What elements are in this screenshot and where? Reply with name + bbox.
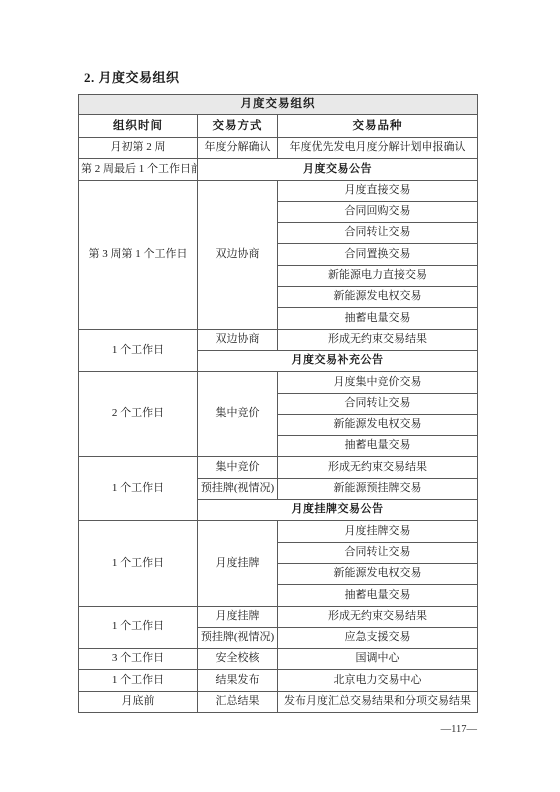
table-cell: 发布月度汇总交易结果和分项交易结果 xyxy=(278,691,478,712)
table-cell: 月度挂牌交易公告 xyxy=(198,500,478,521)
table-cell: 合同置换交易 xyxy=(278,244,478,265)
table-cell: 新能源发电权交易 xyxy=(278,287,478,308)
table-cell: 形成无约束交易结果 xyxy=(278,606,478,627)
table-cell: 合同转让交易 xyxy=(278,393,478,414)
table-cell: 新能源电力直接交易 xyxy=(278,265,478,286)
table-cell: 形成无约束交易结果 xyxy=(278,329,478,350)
table-cell: 月度交易公告 xyxy=(198,159,478,180)
table-cell: 抽蓄电量交易 xyxy=(278,308,478,329)
column-header: 组织时间 xyxy=(79,115,198,138)
table-cell: 汇总结果 xyxy=(198,691,278,712)
table-cell: 1 个工作日 xyxy=(79,329,198,372)
table-cell: 合同转让交易 xyxy=(278,223,478,244)
table-cell: 应急支援交易 xyxy=(278,627,478,648)
table-row: 月初第 2 周年度分解确认年度优先发电月度分解计划申报确认 xyxy=(79,138,478,159)
monthly-trading-table: 月度交易组织组织时间交易方式交易品种月初第 2 周年度分解确认年度优先发电月度分… xyxy=(78,94,478,713)
column-header: 交易品种 xyxy=(278,115,478,138)
table-title-row: 月度交易组织 xyxy=(79,95,478,115)
table-cell: 合同回购交易 xyxy=(278,201,478,222)
table-cell: 抽蓄电量交易 xyxy=(278,585,478,606)
table-cell: 新能源发电权交易 xyxy=(278,563,478,584)
table-cell: 集中竞价 xyxy=(198,457,278,478)
table-cell: 预挂牌(视情况) xyxy=(198,627,278,648)
document-page: 2. 月度交易组织 月度交易组织组织时间交易方式交易品种月初第 2 周年度分解确… xyxy=(0,0,560,792)
table-cell: 3 个工作日 xyxy=(79,649,198,670)
table-header-row: 组织时间交易方式交易品种 xyxy=(79,115,478,138)
table-row: 第 3 周第 1 个工作日双边协商月度直接交易 xyxy=(79,180,478,201)
table-row: 3 个工作日安全校核国调中心 xyxy=(79,649,478,670)
section-heading: 2. 月度交易组织 xyxy=(84,67,180,86)
table-cell: 2 个工作日 xyxy=(79,372,198,457)
table-cell: 双边协商 xyxy=(198,329,278,350)
table-cell: 合同转让交易 xyxy=(278,542,478,563)
table-title: 月度交易组织 xyxy=(79,95,478,115)
table-cell: 双边协商 xyxy=(198,180,278,329)
table-body: 月度交易组织组织时间交易方式交易品种月初第 2 周年度分解确认年度优先发电月度分… xyxy=(79,95,478,713)
table-row: 1 个工作日月度挂牌月度挂牌交易 xyxy=(79,521,478,542)
table-cell: 第 2 周最后 1 个工作日前 xyxy=(79,159,198,180)
table-row: 2 个工作日集中竞价月度集中竞价交易 xyxy=(79,372,478,393)
table-row: 1 个工作日双边协商形成无约束交易结果 xyxy=(79,329,478,350)
table-row: 1 个工作日集中竞价形成无约束交易结果 xyxy=(79,457,478,478)
table-cell: 集中竞价 xyxy=(198,372,278,457)
table-cell: 月度交易补充公告 xyxy=(198,350,478,371)
table-cell: 1 个工作日 xyxy=(79,457,198,521)
table-cell: 月底前 xyxy=(79,691,198,712)
table-cell: 月度挂牌 xyxy=(198,606,278,627)
table-row: 第 2 周最后 1 个工作日前月度交易公告 xyxy=(79,159,478,180)
table-cell: 结果发布 xyxy=(198,670,278,691)
table-cell: 北京电力交易中心 xyxy=(278,670,478,691)
table-cell: 月度挂牌 xyxy=(198,521,278,606)
table-cell: 1 个工作日 xyxy=(79,606,198,649)
table-cell: 安全校核 xyxy=(198,649,278,670)
table-cell: 1 个工作日 xyxy=(79,521,198,606)
table-cell: 月初第 2 周 xyxy=(79,138,198,159)
table-row: 1 个工作日月度挂牌形成无约束交易结果 xyxy=(79,606,478,627)
table-cell: 年度分解确认 xyxy=(198,138,278,159)
table-cell: 月度集中竞价交易 xyxy=(278,372,478,393)
table-cell: 1 个工作日 xyxy=(79,670,198,691)
table-cell: 新能源发电权交易 xyxy=(278,414,478,435)
page-number: —117— xyxy=(0,724,477,735)
table-cell: 新能源预挂牌交易 xyxy=(278,478,478,499)
table-row: 1 个工作日结果发布北京电力交易中心 xyxy=(79,670,478,691)
table-cell: 抽蓄电量交易 xyxy=(278,436,478,457)
table-cell: 月度直接交易 xyxy=(278,180,478,201)
table-cell: 形成无约束交易结果 xyxy=(278,457,478,478)
table-cell: 国调中心 xyxy=(278,649,478,670)
table-cell: 第 3 周第 1 个工作日 xyxy=(79,180,198,329)
table-cell: 月度挂牌交易 xyxy=(278,521,478,542)
table-row: 月底前汇总结果发布月度汇总交易结果和分项交易结果 xyxy=(79,691,478,712)
table-cell: 预挂牌(视情况) xyxy=(198,478,278,499)
column-header: 交易方式 xyxy=(198,115,278,138)
table-cell: 年度优先发电月度分解计划申报确认 xyxy=(278,138,478,159)
